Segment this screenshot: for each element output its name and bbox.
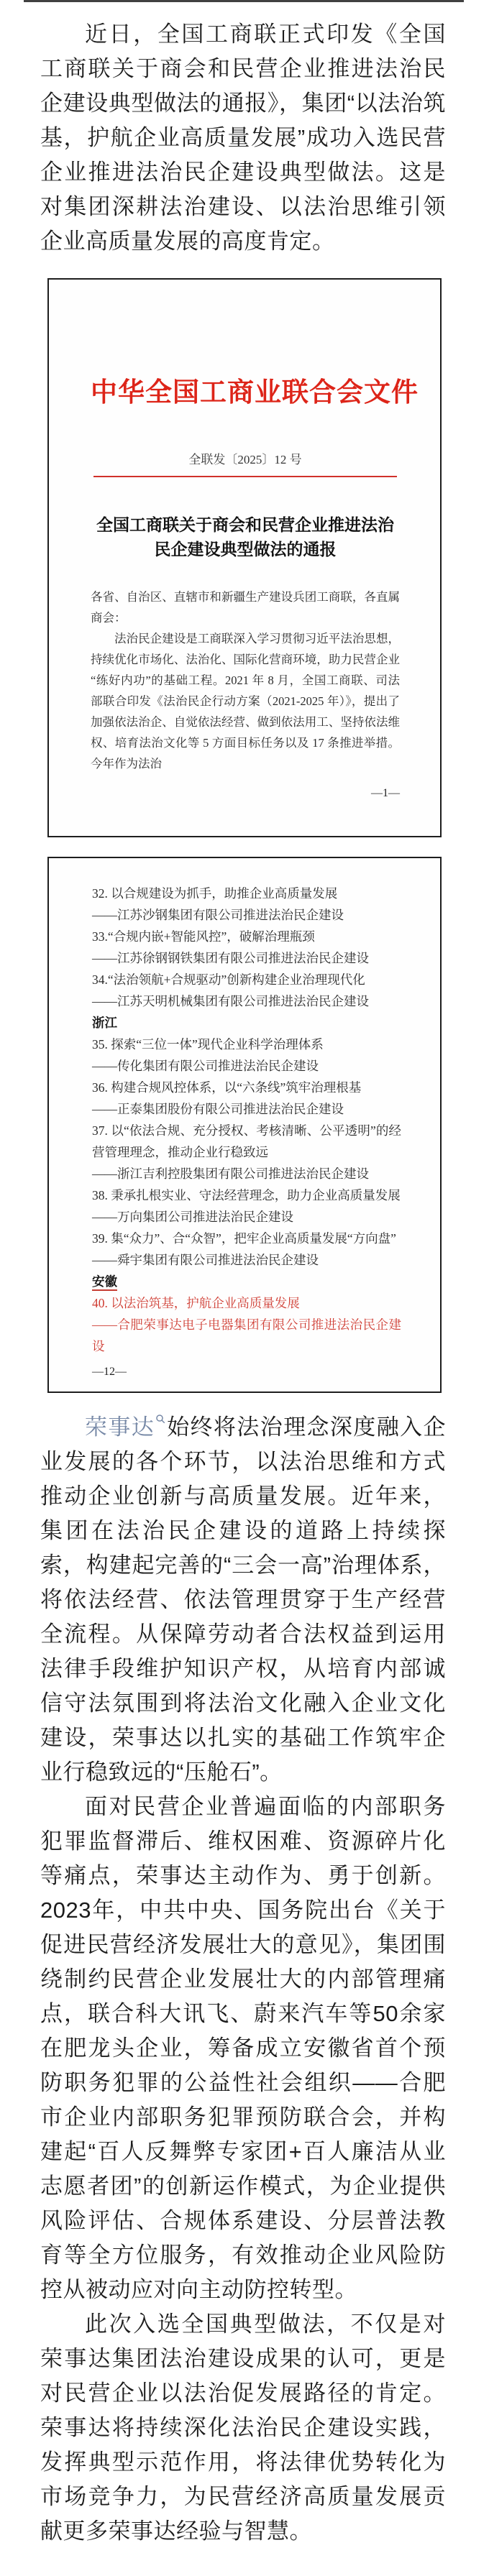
red-divider-line bbox=[93, 476, 397, 477]
document-title: 全国工商联关于商会和民营企业推进法治 民企建设典型做法的通报 bbox=[91, 513, 400, 562]
list-item: 33.“合规内嵌+智能风控”，破解治理瓶颈 bbox=[92, 926, 401, 947]
intro-paragraph: 近日，全国工商联正式印发《全国工商联关于商会和民营企业推进法治民企建设典型做法的… bbox=[40, 17, 446, 259]
list-item: ——江苏沙钢集团有限公司推进法治民企建设 bbox=[92, 904, 401, 926]
official-document-image-page1[interactable]: 中华全国工商业联合会文件 全联发〔2025〕12 号 全国工商联关于商会和民营企… bbox=[47, 278, 442, 837]
list-item: ——江苏天明机械集团有限公司推进法治民企建设 bbox=[92, 990, 401, 1012]
list-item-highlighted: 40. 以法治筑基，护航企业高质量发展 bbox=[92, 1292, 401, 1314]
list-item: 36. 构建合规风控体系，以“六条线”筑牢治理根基 bbox=[92, 1077, 401, 1098]
search-icon bbox=[155, 1414, 166, 1425]
paragraph-rongshida-text: 始终将法治理念深度融入企业发展的各个环节，以法治思维和方式推动企业创新与高质量发… bbox=[40, 1414, 446, 1785]
paragraph-rongshida-overview: 荣事达始终将法治理念深度融入企业发展的各个环节，以法治思维和方式推动企业创新与高… bbox=[40, 1410, 446, 1790]
province-label-zhejiang: 浙江 bbox=[92, 1012, 401, 1034]
list-item: ——舜宇集团有限公司推进法治民企建设 bbox=[92, 1249, 401, 1271]
list-item: ——传化集团有限公司推进法治民企建设 bbox=[92, 1055, 401, 1077]
document-page-number: —12— bbox=[92, 1366, 401, 1379]
document-title-line1: 全国工商联关于商会和民营企业推进法治 bbox=[91, 513, 400, 538]
official-document-image-page12[interactable]: 32. 以合规建设为抓手，助推企业高质量发展 ——江苏沙钢集团有限公司推进法治民… bbox=[47, 857, 442, 1393]
company-search-link-label: 荣事达 bbox=[85, 1414, 155, 1440]
list-item: 39. 集“众力”、合“众智”，把牢企业高质量发展“方向盘” bbox=[92, 1228, 401, 1249]
document-body-text: 法治民企建设是工商联深入学习贯彻习近平法治思想，持续优化市场化、法治化、国际化营… bbox=[91, 628, 400, 774]
list-item-highlighted: ——合肥荣事达电子电器集团有限公司推进法治民企建设 bbox=[92, 1314, 401, 1357]
list-item: ——江苏徐钢钢铁集团有限公司推进法治民企建设 bbox=[92, 947, 401, 969]
list-item: 38. 秉承扎根实业、守法经营理念，助力企业高质量发展 bbox=[92, 1184, 401, 1206]
list-item: 37. 以“依法合规、充分授权、考核清晰、公平透明”的经营管理理念，推动企业行稳… bbox=[92, 1120, 401, 1163]
list-item: 35. 探索“三位一体”现代企业科学治理体系 bbox=[92, 1034, 401, 1055]
list-item: ——浙江吉利控股集团有限公司推进法治民企建设 bbox=[92, 1163, 401, 1184]
list-item: ——万向集团公司推进法治民企建设 bbox=[92, 1206, 401, 1228]
province-label-anhui-text: 安徽 bbox=[92, 1274, 117, 1291]
document-title-line2: 民企建设典型做法的通报 bbox=[91, 538, 400, 562]
article-body: 近日，全国工商联正式印发《全国工商联关于商会和民营企业推进法治民企建设典型做法的… bbox=[0, 0, 489, 2576]
document-addressee: 各省、自治区、直辖市和新疆生产建设兵团工商联，各直属商会： bbox=[91, 586, 400, 628]
list-item: 34.“法治领航+合规驱动”创新构建企业治理现代化 bbox=[92, 969, 401, 990]
cropped-element-edge bbox=[24, 0, 464, 2]
document-red-header: 中华全国工商业联合会文件 bbox=[91, 370, 400, 409]
list-item: 32. 以合规建设为抓手，助推企业高质量发展 bbox=[92, 883, 401, 904]
company-search-link[interactable]: 荣事达 bbox=[85, 1414, 166, 1440]
document-page-number: —1— bbox=[91, 787, 400, 800]
list-item: ——正泰集团股份有限公司推进法治民企建设 bbox=[92, 1098, 401, 1120]
province-label-anhui: 安徽 bbox=[92, 1271, 401, 1292]
paragraph-innovation: 面对民营企业普遍面临的内部职务犯罪监督滞后、维权困难、资源碎片化等痛点，荣事达主… bbox=[40, 1790, 446, 2307]
document-number: 全联发〔2025〕12 号 bbox=[91, 449, 400, 467]
paragraph-conclusion: 此次入选全国典型做法，不仅是对荣事达集团法治建设成果的认可，更是对民营企业以法治… bbox=[40, 2307, 446, 2549]
